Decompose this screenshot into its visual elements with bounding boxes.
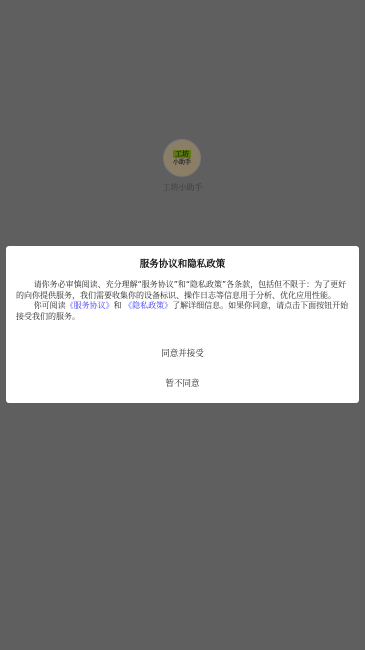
paragraph-2-conjunction: 和 (114, 301, 122, 310)
dialog-paragraph-2: 你可阅读《服务协议》和 《隐私政策》了解详细信息。如果你同意，请点击下面按钮开始… (16, 301, 349, 322)
dialog-body: 请你务必审慎阅读、充分理解“服务协议”和“隐私政策”各条款，包括但不限于：为了更… (16, 280, 349, 322)
service-agreement-link[interactable]: 《服务协议》 (66, 301, 114, 310)
dialog-title: 服务协议和隐私政策 (16, 259, 349, 271)
logo-bottom-text: 小助手 (173, 159, 191, 167)
privacy-policy-link[interactable]: 《隐私政策》 (124, 301, 172, 310)
logo-top-text: 工坊 (173, 150, 191, 158)
app-name: 工坊小助手 (0, 182, 365, 193)
agree-button[interactable]: 同意并接受 (6, 347, 359, 359)
dialog-paragraph-1: 请你务必审慎阅读、充分理解“服务协议”和“隐私政策”各条款，包括但不限于：为了更… (16, 280, 349, 301)
app-logo-icon: 工坊 小助手 (163, 139, 201, 177)
paragraph-2-prefix: 你可阅读 (34, 301, 66, 310)
privacy-dialog: 服务协议和隐私政策 请你务必审慎阅读、充分理解“服务协议”和“隐私政策”各条款，… (6, 246, 359, 403)
decline-button[interactable]: 暂不同意 (6, 377, 359, 389)
